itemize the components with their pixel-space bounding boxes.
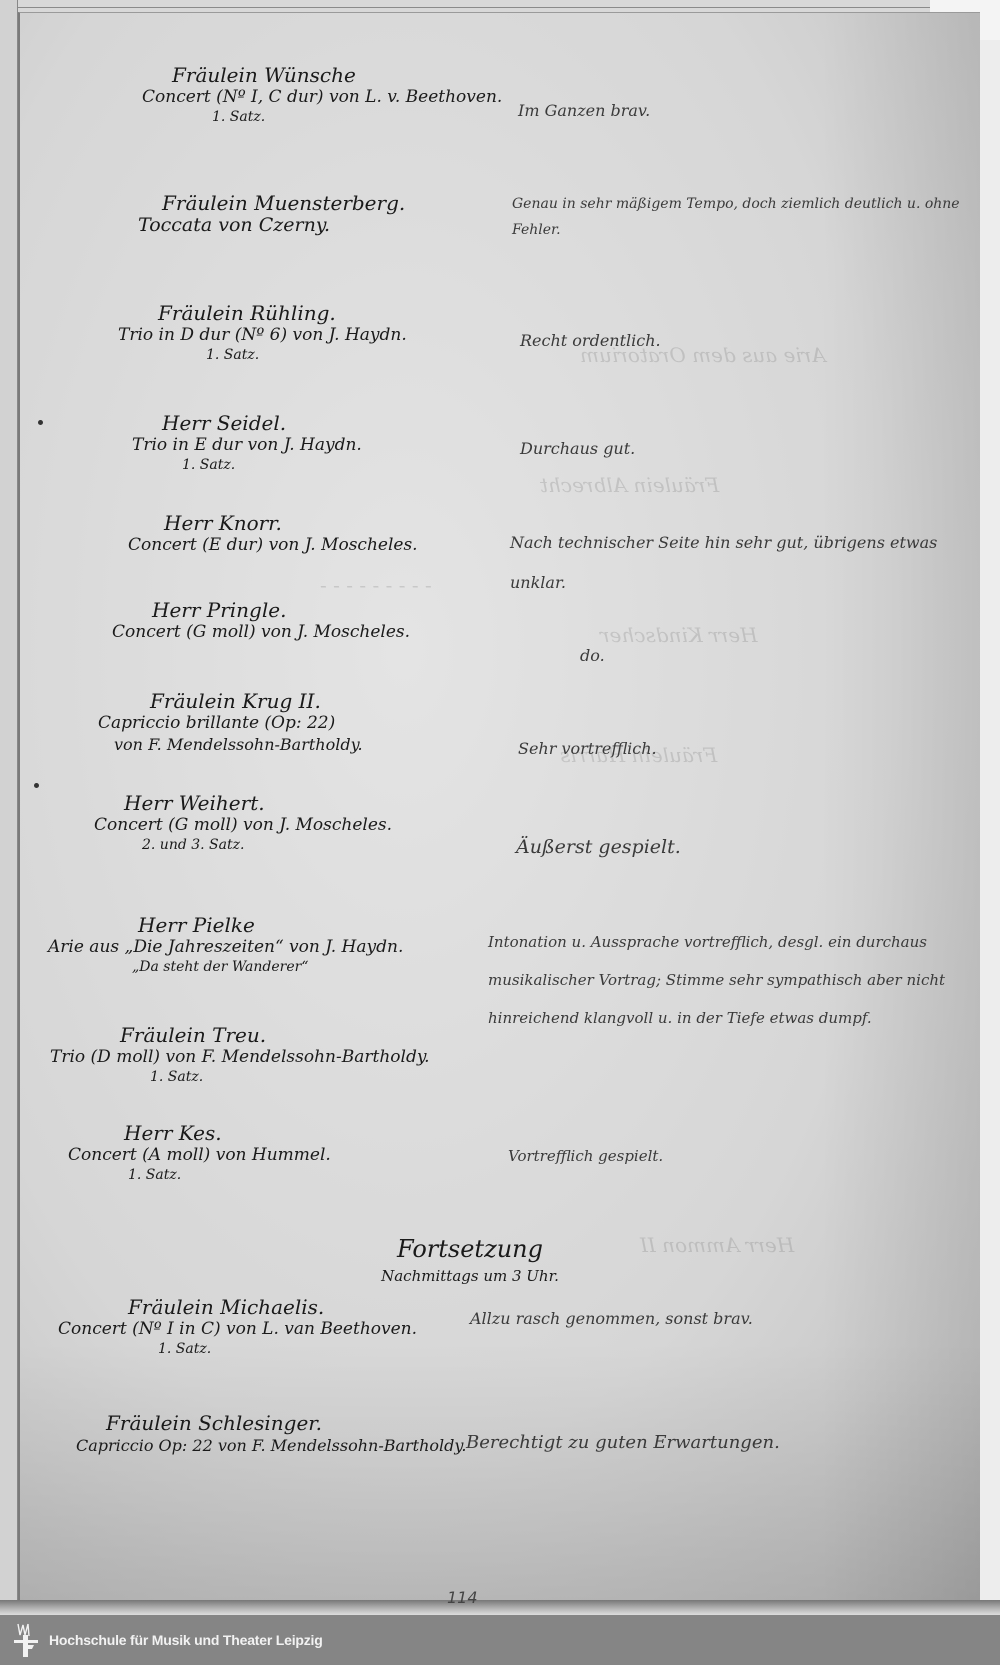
examiner-remark: Äußerst gespielt.: [516, 829, 986, 865]
performer-name: Herr Seidel.: [132, 411, 362, 435]
examiner-remark: do.: [580, 638, 1000, 674]
register-entry: Herr Kes. Concert (A moll) von Hummel. 1…: [68, 1121, 331, 1184]
register-entry: Fräulein Michaelis. Concert (Nº I in C) …: [58, 1295, 417, 1358]
performer-name: Herr Pielke: [48, 913, 403, 937]
section-subtitle: Nachmittags um 3 Uhr.: [350, 1267, 590, 1285]
performer-name: Fräulein Krug II.: [98, 689, 363, 713]
examiner-remark: Sehr vortrefflich.: [518, 731, 988, 767]
bleed-through-text: Herr Ammon II: [640, 1233, 794, 1257]
register-entry: Fräulein Wünsche Concert (Nº I, C dur) v…: [142, 63, 502, 126]
work-title: Capriccio brillante (Op: 22): [98, 713, 363, 734]
performer-name: Fräulein Michaelis.: [58, 1295, 417, 1319]
movement: 1. Satz.: [68, 1166, 331, 1184]
register-entry: Fräulein Treu. Trio (D moll) von F. Mend…: [50, 1023, 430, 1086]
work-title: Trio in E dur von J. Haydn.: [132, 435, 362, 456]
performer-name: Herr Knorr.: [128, 511, 418, 535]
margin-mark: [34, 783, 39, 788]
movement: 1. Satz.: [58, 1340, 417, 1358]
register-entry: Herr Pielke Arie aus „Die Jahreszeiten“ …: [48, 913, 403, 976]
examiner-remark: Allzu rasch genommen, sonst brav.: [470, 1301, 940, 1337]
register-entry: Herr Pringle. Concert (G moll) von J. Mo…: [112, 598, 410, 643]
work-title: Trio (D moll) von F. Mendelssohn-Barthol…: [50, 1047, 430, 1068]
examiner-remark: Berechtigt zu guten Erwartungen.: [466, 1425, 936, 1461]
section-title: Fortsetzung: [350, 1235, 590, 1263]
register-entry: Fräulein Krug II. Capriccio brillante (O…: [98, 689, 363, 755]
movement: 1. Satz.: [142, 108, 502, 126]
work-composer: von F. Mendelssohn-Bartholdy.: [98, 734, 363, 755]
institution-footer-bar: Hochschule für Musik und Theater Leipzig: [0, 1615, 1000, 1665]
examiner-remark: Genau in sehr mäßigem Tempo, doch ziemli…: [512, 191, 982, 243]
examiner-remark: Nach technischer Seite hin sehr gut, übr…: [510, 523, 980, 603]
performer-name: Fräulein Muensterberg.: [138, 191, 405, 215]
work-title: Concert (Nº I, C dur) von L. v. Beethove…: [142, 87, 502, 108]
bleed-through-text: Fräulein Albrecht: [540, 473, 719, 497]
margin-mark: [38, 420, 43, 425]
work-title: Concert (E dur) von J. Moscheles.: [128, 535, 418, 556]
register-entry: Fräulein Schlesinger. Capriccio Op: 22 v…: [76, 1411, 466, 1456]
examiner-remark: Vortrefflich gespielt.: [508, 1138, 978, 1174]
examiner-remark: Intonation u. Aussprache vortrefflich, d…: [488, 923, 968, 1037]
examiner-remark: Durchaus gut.: [520, 431, 990, 467]
performer-name: Fräulein Treu.: [50, 1023, 430, 1047]
page-bottom-edge: [0, 1600, 1000, 1615]
manuscript-page: Arie aus dem Oratorium Fräulein Albrecht…: [18, 12, 980, 1602]
register-entry: Fräulein Rühling. Trio in D dur (Nº 6) v…: [118, 301, 407, 364]
paper-stack-edge: [10, 0, 930, 8]
page-right-edge: [980, 40, 1000, 1615]
scanned-page: Arie aus dem Oratorium Fräulein Albrecht…: [0, 0, 1000, 1615]
work-title: Concert (G moll) von J. Moscheles.: [94, 815, 392, 836]
performer-name: Herr Kes.: [68, 1121, 331, 1145]
movement: 1. Satz.: [132, 456, 362, 474]
examiner-remark: Im Ganzen brav.: [518, 93, 988, 129]
page-shadow: [20, 1342, 980, 1602]
folio-number: 114: [447, 1588, 478, 1607]
section-heading: Fortsetzung Nachmittags um 3 Uhr.: [350, 1235, 590, 1285]
binding-edge: [0, 0, 18, 1615]
performer-name: Fräulein Wünsche: [142, 63, 502, 87]
work-title: Capriccio Op: 22 von F. Mendelssohn-Bart…: [76, 1435, 466, 1456]
movement: 2. und 3. Satz.: [94, 836, 392, 854]
work-title: Trio in D dur (Nº 6) von J. Haydn.: [118, 325, 407, 346]
performer-name: Herr Pringle.: [112, 598, 410, 622]
performer-name: Herr Weihert.: [94, 791, 392, 815]
work-title: Concert (G moll) von J. Moscheles.: [112, 622, 410, 643]
aria-title: „Da steht der Wanderer“: [48, 958, 403, 976]
work-title: Concert (Nº I in C) von L. van Beethoven…: [58, 1319, 417, 1340]
examiner-remark: Recht ordentlich.: [520, 323, 990, 359]
register-entry: Herr Seidel. Trio in E dur von J. Haydn.…: [132, 411, 362, 474]
movement: 1. Satz.: [118, 346, 407, 364]
hmt-leipzig-logo-icon: [12, 1621, 40, 1659]
performer-name: Fräulein Schlesinger.: [76, 1411, 466, 1435]
movement: 1. Satz.: [50, 1068, 430, 1086]
register-entry: Herr Weihert. Concert (G moll) von J. Mo…: [94, 791, 392, 854]
work-title: Toccata von Czerny.: [138, 215, 405, 236]
work-title: Arie aus „Die Jahreszeiten“ von J. Haydn…: [48, 937, 403, 958]
register-entry: Herr Knorr. Concert (E dur) von J. Mosch…: [128, 511, 418, 556]
work-title: Concert (A moll) von Hummel.: [68, 1145, 331, 1166]
institution-name: Hochschule für Musik und Theater Leipzig: [49, 1632, 323, 1648]
performer-name: Fräulein Rühling.: [118, 301, 407, 325]
register-entry: Fräulein Muensterberg. Toccata von Czern…: [138, 191, 405, 236]
bleed-through-text: - - - - - - - - -: [320, 573, 432, 597]
